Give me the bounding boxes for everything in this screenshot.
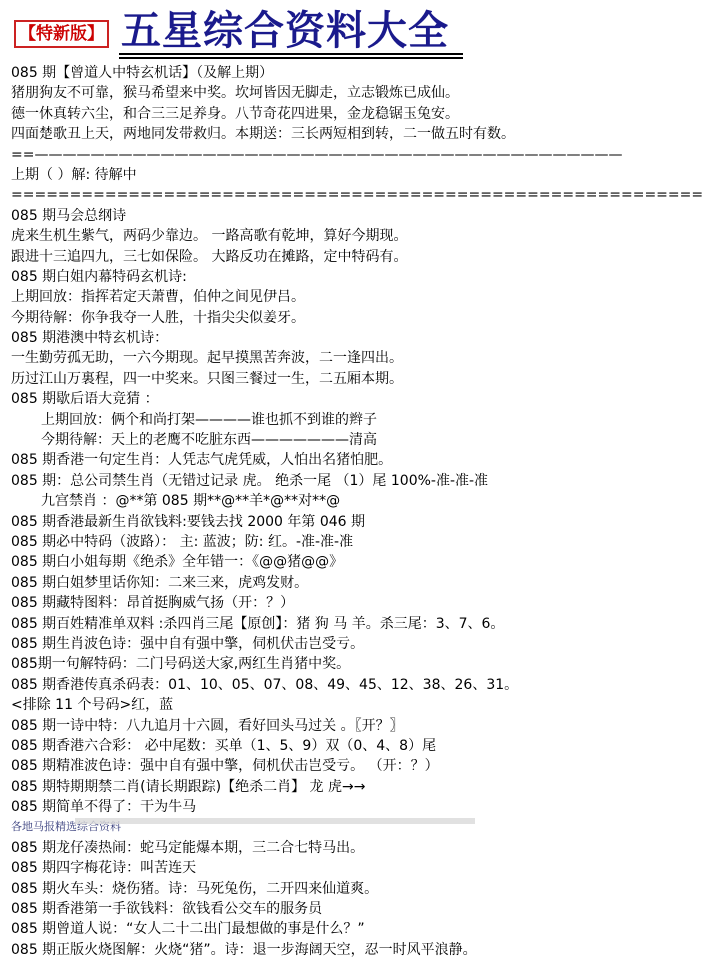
page-title: 五星综合资料大全 — [119, 10, 463, 59]
recap-line: 上期回放：指挥若定天萧曹，伯仲之间见伊吕。 — [11, 287, 702, 307]
info-line: 085 期特期期禁二肖(请长期跟踪)【绝杀二肖】 龙 虎→→ — [11, 777, 702, 797]
info-line: 085 期香港最新生肖欲钱料:要钱去找 2000 年第 046 期 — [11, 512, 702, 532]
info-line: 085 期白姐梦里话你知：二来三来，虎鸡发财。 — [11, 573, 702, 593]
info-line: 085 期曾道人说：“女人二十二出门最想做的事是什么？” — [11, 919, 702, 939]
info-line: 085 期必中特码（波路）： 主: 蓝波；防: 红。-准-准-准 — [11, 532, 702, 552]
info-line: 085 期四字梅花诗：叫苦连天 — [11, 858, 702, 878]
info-line: 085 期：总公司禁生肖（无错过记录 虎。 绝杀一尾 （1）尾 100%-准-准… — [11, 471, 702, 491]
info-line: 085 期简单不得了：干为牛马 — [11, 797, 702, 817]
info-line: 085 期火车头：烧伤猪。诗：马死兔伤，二开四来仙道爽。 — [11, 879, 702, 899]
pending-line: 今期待解：天上的老鹰不吃脏东西———————清高 — [11, 430, 702, 450]
poem-line: 四面楚歌丑上天，两地同发带救归。本期送：三长两短相到转，二一做五时有数。 — [11, 124, 702, 144]
info-line: 085 期香港六合彩： 必中尾数：买单（1、5、9）双（0、4、8）尾 — [11, 736, 702, 756]
poem-line: 跟进十三追四九，三七如保险。 大路反功在摊路，定中特码有。 — [11, 247, 702, 267]
info-line: 九宫禁肖 ：@**第 085 期**@**羊*@**对**@ — [11, 491, 702, 511]
info-line: 085 期精准波色诗：强中自有强中擎，伺机伏击岂受亏。 （开：？） — [11, 756, 702, 776]
info-line: 085 期香港一句定生肖：人凭志气虎凭威，人怕出名猪怕肥。 — [11, 450, 702, 470]
section-heading: 085 期港澳中特玄机诗： — [11, 328, 702, 348]
divider-line: ==——————————————————————————————————————… — [11, 145, 702, 165]
section-heading: 085 期歇后语大竞猜 ： — [11, 389, 702, 409]
info-line: 085 期百姓精准单双料 :杀四肖三尾【原创】：猪 狗 马 羊。杀三尾：3、7、… — [11, 614, 702, 634]
poem-line: 猪朋狗友不可靠，猴马希望来中奖。坎坷皆因无脚走，立志锻炼已成仙。 — [11, 83, 702, 103]
section-heading: 085 期白姐内幕特码玄机诗: — [11, 267, 702, 287]
info-line: 085期一句解特码：二门号码送大家,两红生肖猪中奖。 — [11, 654, 702, 674]
info-line: 085 期藏特图料：昂首挺胸威气扬（开：？） — [11, 593, 702, 613]
section-heading: 085 期【曾道人中特玄机话】（及解上期） — [11, 63, 702, 83]
content-body: 085 期【曾道人中特玄机话】（及解上期） 猪朋狗友不可靠，猴马希望来中奖。坎坷… — [0, 60, 702, 959]
poem-line: 虎来生机生紫气，两码少靠边。 一路高歌有乾坤，算好今期现。 — [11, 226, 702, 246]
poem-line: 德一休真转六尘，和合三三足养身。八节奇花四进果，金龙稳锯玉兔安。 — [11, 104, 702, 124]
info-line: 085 期正版火烧图解：火烧“猪”。诗：退一步海阔天空，忍一时风平浪静。 — [11, 940, 702, 959]
edition-badge: 【特新版】 — [14, 20, 109, 48]
section-heading: 085 期马会总纲诗 — [11, 206, 702, 226]
poem-line: 历过江山万裏程，四一中奖来。只图三餐过一生，二五厢本期。 — [11, 369, 702, 389]
kill-numbers-line: 085 期香港传真杀码表：01、10、05、07、08、49、45、12、38、… — [11, 675, 702, 695]
info-line: 085 期龙仔凑热闹：蛇马定能爆本期，三二合七特马出。 — [11, 838, 702, 858]
divider-line: ========================================… — [11, 185, 702, 205]
poem-line: 一生勤劳孤无助，一六今期现。起早摸黑苦奔波，二一逢四出。 — [11, 348, 702, 368]
recap-line: 上期回放：俩个和尚打架————谁也抓不到谁的辫子 — [11, 410, 702, 430]
faint-divider — [75, 818, 475, 824]
page-header: 【特新版】 五星综合资料大全 — [0, 0, 702, 60]
pending-answer-line: 上期（ ）解: 待解中 — [11, 165, 702, 185]
info-line: 085 期白小姐每期《绝杀》全年错一：《@@猪@@》 — [11, 552, 702, 572]
info-line: 085 期生肖波色诗：强中自有强中擎，伺机伏击岂受亏。 — [11, 634, 702, 654]
exclusion-line: <排除 11 个号码>红，蓝 — [11, 695, 702, 715]
info-line: 085 期香港第一手欲钱料：欲钱看公交车的服务员 — [11, 899, 702, 919]
pending-line: 今期待解：你争我夺一人胜，十指尖尖似姜牙。 — [11, 308, 702, 328]
info-line: 085 期一诗中特：八九追月十六圆，看好回头马过关 。〖开？〗 — [11, 716, 702, 736]
